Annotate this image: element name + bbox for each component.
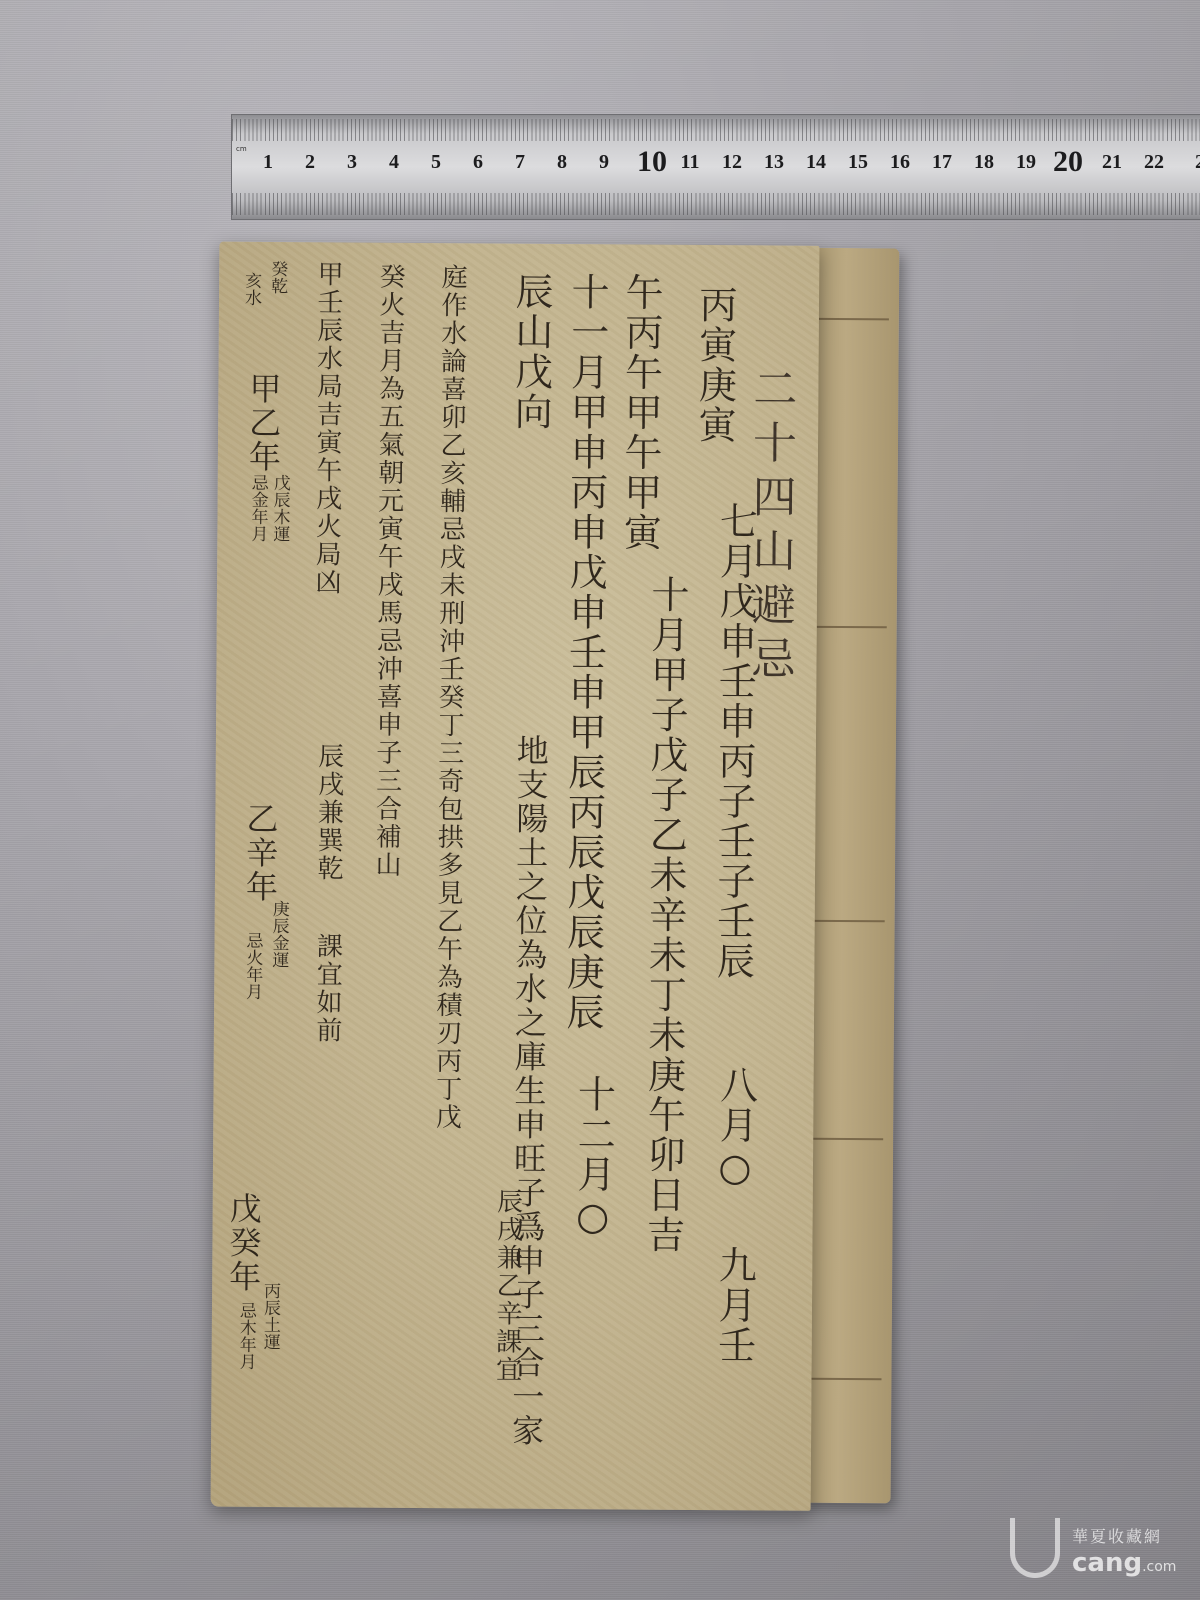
binding-stitch — [819, 318, 889, 320]
text-column: 八月○ — [713, 1065, 758, 1191]
text-column: 課宜如前 — [312, 932, 343, 1044]
text-column: 庭作水論喜卯乙亥輔忌戌未刑沖壬癸丁三奇包拱多見乙午為積刃丙丁戊 — [431, 263, 467, 1131]
binding-stitch — [813, 1138, 883, 1140]
ruler-ticks-top — [232, 119, 1200, 141]
ruler-number: 13 — [764, 151, 784, 174]
ruler-number: 2 — [305, 151, 315, 174]
text-column: 辰山戊向 — [508, 272, 553, 432]
ruler-ticks-bottom — [232, 193, 1200, 215]
ruler-number: 8 — [557, 151, 567, 174]
handwritten-book: 二十四山避忌 丙寅庚寅 七月戊申壬申丙子壬子壬辰 八月○ 九月壬 午丙午甲午甲寅… — [211, 242, 900, 1512]
text-column: 十一月甲申丙申戊申壬申甲辰丙辰戊辰庚辰 — [560, 272, 609, 1032]
ruler-number: 9 — [599, 151, 609, 174]
ruler-number: 7 — [515, 151, 525, 174]
text-column: 庚辰金運 — [268, 900, 287, 968]
ruler-number: 19 — [1016, 151, 1036, 174]
text-column: 九月壬 — [712, 1245, 757, 1365]
ruler-number: 2 — [1195, 151, 1200, 174]
ruler-number: 14 — [806, 151, 826, 174]
watermark-suffix: .com — [1142, 1559, 1176, 1575]
ruler-number: 18 — [974, 151, 994, 174]
text-column: 癸乾 — [267, 260, 286, 294]
binding-stitch — [817, 626, 887, 628]
ruler-number: 1 — [263, 151, 273, 174]
ruler-number: 3 — [347, 151, 357, 174]
ruler-numbers: 1 2 3 4 5 6 7 8 9 10 11 12 13 14 15 16 1… — [232, 151, 1200, 191]
ruler-number: 10 — [637, 145, 667, 179]
text-column: 丙辰土運 — [260, 1282, 279, 1350]
text-column: 辰戌兼乙辛課宜 — [491, 1188, 522, 1384]
ruler-number: 4 — [389, 151, 399, 174]
ruler-number: 5 — [431, 151, 441, 174]
binding-stitch — [811, 1378, 881, 1380]
text-column: 乙辛年 — [241, 802, 280, 904]
text-column: 忌火年月 — [242, 932, 261, 1000]
text-column: 七月戊申壬申丙子壬子壬辰 — [710, 501, 757, 981]
text-column: 亥水 — [241, 272, 260, 306]
ruler-number: 16 — [890, 151, 910, 174]
ruler-number: 22 — [1144, 151, 1164, 174]
binding-stitch — [815, 920, 885, 922]
ruler-number: 17 — [932, 151, 952, 174]
watermark-english-text: cang — [1072, 1548, 1142, 1578]
ruler-number: 12 — [722, 151, 742, 174]
ruler-number: 11 — [681, 151, 700, 174]
text-column: 忌金年月 — [247, 474, 266, 542]
text-column: 丙寅庚寅 — [692, 285, 737, 445]
text-column: 戊癸年 — [224, 1192, 263, 1294]
watermark-logo-icon — [1010, 1518, 1060, 1578]
text-column: 甲壬辰水局吉寅午戌火局凶 — [311, 260, 343, 596]
watermark-english: cang.com — [1072, 1548, 1176, 1578]
text-column: 忌木年月 — [236, 1302, 255, 1370]
steel-ruler: cm 1 2 3 4 5 6 7 8 9 10 11 12 13 14 15 1… — [231, 114, 1200, 220]
book-page: 二十四山避忌 丙寅庚寅 七月戊申壬申丙子壬子壬辰 八月○ 九月壬 午丙午甲午甲寅… — [211, 242, 820, 1511]
text-column: 午丙午甲午甲寅 — [617, 272, 663, 552]
watermark: 華夏收藏網 cang.com — [1000, 1510, 1190, 1590]
text-column: 甲乙年 — [244, 372, 283, 474]
text-column: 戊辰木運 — [269, 474, 288, 542]
page-title: 二十四山避忌 — [736, 365, 802, 689]
ruler-number: 20 — [1053, 145, 1083, 179]
text-column: 癸火吉月為五氣朝元寅午戌馬忌沖喜申子三合補山 — [371, 263, 405, 879]
ruler-number: 6 — [473, 151, 483, 174]
text-column: 辰戌兼巽乾 — [313, 742, 344, 882]
ruler-number: 15 — [848, 151, 868, 174]
text-column: 地支陽土之位為水之庫生申旺子爲申子三合一家 — [507, 734, 550, 1448]
watermark-chinese: 華夏收藏網 — [1072, 1524, 1162, 1547]
text-column: 十二月○ — [570, 1074, 615, 1240]
text-column: 十月甲子戊子乙未辛未丁未庚午卯日吉 — [640, 575, 689, 1255]
ruler-number: 21 — [1102, 151, 1122, 174]
